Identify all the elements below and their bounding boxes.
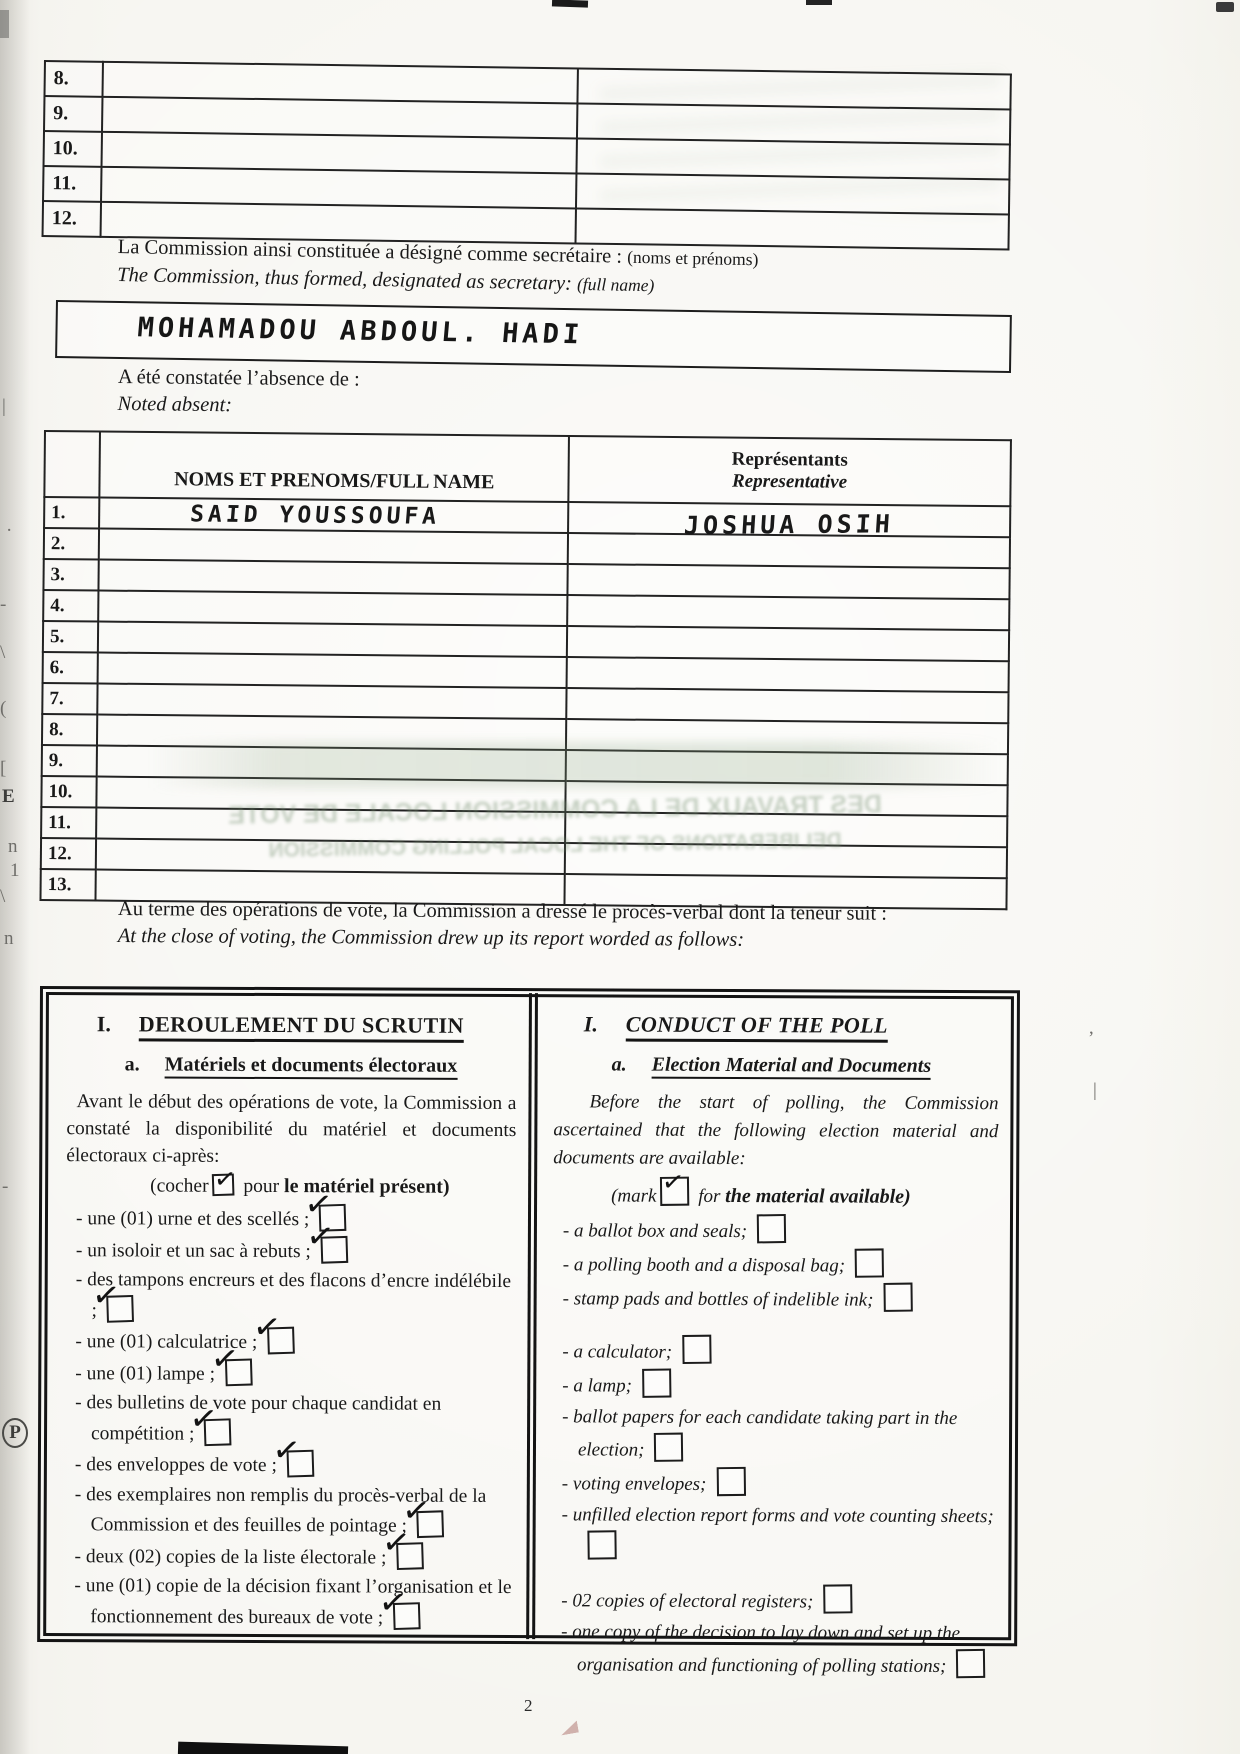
representative-handwritten: JOSHUA OSIH [683, 509, 895, 540]
representative-cell [566, 719, 1008, 754]
list-item: des exemplaires non remplis du procès-ve… [65, 1481, 515, 1542]
page-number: 2 [524, 1696, 533, 1716]
representative-cell [566, 750, 1008, 785]
checkbox [204, 1418, 232, 1446]
parenthetical-fr: (noms et prénoms) [627, 247, 759, 270]
representative-cell [567, 626, 1009, 661]
name-cell [99, 560, 568, 595]
margin-mark: P [2, 1418, 28, 1448]
closing-line-fr: Au terme des opérations de vote, la Comm… [118, 898, 1128, 927]
row-number: 7. [42, 683, 98, 715]
empty-cell [576, 208, 1009, 249]
representative-cell [565, 781, 1007, 816]
checkbox [757, 1214, 786, 1243]
list-item: a ballot box and seals; [553, 1213, 998, 1248]
row-number: 9. [42, 745, 98, 777]
checkbox [642, 1369, 671, 1398]
table-header-row: NOMS ET PRENOMS/FULL NAME Représentants … [44, 431, 1011, 506]
scan-artifact [806, 0, 832, 5]
row-number: 10. [44, 131, 102, 167]
checkbox [855, 1248, 884, 1277]
row-number: 3. [43, 559, 99, 591]
empty-cell [577, 138, 1010, 179]
scan-artifact [1216, 2, 1234, 12]
closing-line-en: At the close of voting, the Commission d… [118, 925, 1128, 954]
row-number: 8. [42, 714, 98, 746]
list-item: des tampons encreurs et des flacons d’en… [66, 1266, 516, 1327]
absence-intro-fr: A été constatée l’absence de : [118, 366, 360, 392]
empty-cell [577, 103, 1010, 144]
empty-cell [578, 68, 1011, 109]
list-item: un isoloir et un sac à rebuts ; [66, 1235, 516, 1267]
section-number: I. [67, 1011, 139, 1041]
checkbox [225, 1358, 253, 1386]
row-number: 11. [41, 807, 97, 839]
checkbox [654, 1433, 683, 1462]
row-number: 12. [41, 838, 97, 870]
checked-box-icon [660, 1177, 689, 1206]
name-cell [96, 808, 565, 843]
subsection-title-en: a. Election Material and Documents [612, 1053, 999, 1078]
name-cell: SAID YOUSSOUFA [99, 498, 568, 533]
row-number: 2. [44, 528, 100, 560]
parenthetical-en: (full name) [577, 274, 655, 295]
representative-cell [567, 595, 1009, 630]
row-number: 12. [43, 201, 101, 237]
row-number: 1. [44, 497, 100, 529]
margin-mark: \ [0, 886, 5, 908]
subsection-title-fr: a. Matériels et documents électoraux [125, 1053, 517, 1078]
list-item: une (01) urne et des scellés ; [66, 1203, 516, 1235]
row-number: 4. [43, 590, 99, 622]
french-column: I. DEROULEMENT DU SCRUTIN a. Matériels e… [46, 995, 529, 1635]
checkbox [396, 1542, 424, 1570]
representative-header-en: Representative [569, 469, 1009, 495]
list-item: une (01) lampe ; [65, 1358, 515, 1390]
row-number: 9. [44, 96, 102, 132]
commission-members-table-continued: 8. 9. 10. 11. 12. [42, 60, 1012, 250]
representative-cell [565, 843, 1007, 878]
header-number-cell [44, 431, 100, 498]
row-number: 10. [41, 776, 97, 808]
row-number: 11. [43, 166, 101, 202]
scan-artifact [559, 1721, 579, 1736]
margin-mark: ’ [1088, 1028, 1094, 1050]
intro-paragraph-fr: Avant le début des opérations de vote, l… [66, 1088, 516, 1171]
poll-report-box: I. DEROULEMENT DU SCRUTIN a. Matériels e… [37, 986, 1020, 1646]
checkbox [267, 1327, 295, 1355]
checkbox [417, 1510, 445, 1538]
checkbox [682, 1335, 711, 1364]
checkbox [320, 1235, 348, 1263]
header-representative-cell: Représentants Representative [568, 436, 1011, 506]
absence-intro-en: Noted absent: [117, 393, 359, 419]
absent-members-table: NOMS ET PRENOMS/FULL NAME Représentants … [39, 430, 1011, 910]
subsection-heading: Matériels et documents électoraux [165, 1054, 458, 1080]
list-item: unfilled election report forms and vote … [551, 1500, 996, 1565]
checkbox [823, 1584, 852, 1613]
margin-mark: · [6, 520, 12, 542]
list-item: 02 copies of electoral registers; [551, 1583, 996, 1618]
empty-cell [576, 173, 1009, 214]
list-item: a lamp; [552, 1368, 997, 1403]
material-checklist-fr: une (01) urne et des scellés ; un isoloi… [64, 1203, 516, 1633]
name-cell [98, 622, 567, 657]
checkbox [107, 1294, 135, 1322]
list-item: voting envelopes; [552, 1466, 997, 1501]
name-cell [99, 529, 568, 564]
checkbox [956, 1649, 985, 1678]
margin-mark: E [2, 786, 15, 808]
section-title-fr: I. DEROULEMENT DU SCRUTIN [67, 1011, 517, 1043]
checked-box-icon [212, 1173, 235, 1196]
subsection-letter: a. [125, 1053, 140, 1075]
absence-intro: A été constatée l’absence de : Noted abs… [117, 366, 359, 419]
row-number: 5. [43, 621, 99, 653]
checkbox [587, 1530, 616, 1559]
name-cell [97, 746, 566, 781]
list-item: stamp pads and bottles of indelible ink; [553, 1281, 998, 1316]
name-cell [98, 684, 567, 719]
row-number: 13. [40, 869, 96, 901]
margin-mark: n [8, 836, 18, 858]
closing-paragraph: Au terme des opérations de vote, la Comm… [118, 898, 1128, 954]
material-checklist-en: a ballot box and seals; a polling booth … [551, 1213, 998, 1682]
list-item: a calculator; [552, 1334, 997, 1369]
margin-mark: 1 [10, 860, 20, 882]
representative-cell: JOSHUA OSIH [568, 502, 1010, 537]
list-item: ballot papers for each candidate taking … [552, 1402, 997, 1467]
secretary-name-field: MOHAMADOU ABDOUL. HADI [55, 300, 1012, 373]
list-item: une (01) copie de la décision fixant l’o… [64, 1572, 514, 1633]
mark-instruction-en: (mark for the material available) [611, 1176, 998, 1209]
subsection-letter: a. [612, 1053, 627, 1075]
scan-artifact [552, 0, 588, 8]
margin-mark: ( [0, 698, 6, 720]
scan-artifact [0, 10, 9, 38]
list-item: one copy of the decision to lay down and… [551, 1617, 996, 1682]
english-column: I. CONDUCT OF THE POLL a. Election Mater… [535, 997, 1011, 1637]
list-item: des enveloppes de vote ; [65, 1449, 515, 1481]
checkbox [883, 1283, 912, 1312]
checkbox [287, 1450, 315, 1478]
list-item: a polling booth and a disposal bag; [553, 1247, 998, 1282]
name-cell [97, 777, 566, 812]
margin-mark: \ [0, 642, 5, 664]
margin-mark: | [2, 396, 6, 418]
secretary-name-handwritten: MOHAMADOU ABDOUL. HADI [136, 312, 584, 350]
representative-cell [567, 657, 1009, 692]
representative-cell [567, 564, 1009, 599]
checkbox [716, 1467, 745, 1496]
row-number: 6. [43, 652, 99, 684]
scanned-document-page: | · - \ ( [ E n 1 \ n - P ’ | 8. 9. 10. … [0, 0, 1240, 1754]
margin-mark: [ [0, 758, 6, 780]
absent-name-handwritten: SAID YOUSSOUFA [190, 501, 442, 529]
list-item: une (01) calculatrice ; [65, 1326, 515, 1358]
list-item: deux (02) copies de la liste électorale … [64, 1541, 514, 1573]
name-cell [97, 715, 566, 750]
margin-mark: n [4, 928, 14, 950]
margin-mark: - [0, 594, 6, 616]
representative-cell [565, 812, 1007, 847]
scan-edge-shadow [0, 0, 30, 1754]
name-cell [96, 839, 565, 874]
scan-artifact [178, 1742, 348, 1754]
intro-paragraph-en: Before the start of polling, the Commiss… [553, 1088, 998, 1174]
name-cell [98, 653, 567, 688]
section-title-en: I. CONDUCT OF THE POLL [554, 1011, 999, 1043]
margin-mark: - [2, 1176, 8, 1198]
header-name-cell: NOMS ET PRENOMS/FULL NAME [100, 432, 569, 502]
row-number: 8. [44, 61, 102, 97]
section-heading: DEROULEMENT DU SCRUTIN [139, 1011, 464, 1042]
section-number: I. [554, 1011, 626, 1041]
margin-mark: | [1093, 1080, 1097, 1102]
subsection-heading: Election Material and Documents [652, 1054, 932, 1080]
section-heading: CONDUCT OF THE POLL [626, 1012, 888, 1043]
name-cell [99, 591, 568, 626]
checkbox [393, 1602, 421, 1630]
representative-cell [566, 688, 1008, 723]
